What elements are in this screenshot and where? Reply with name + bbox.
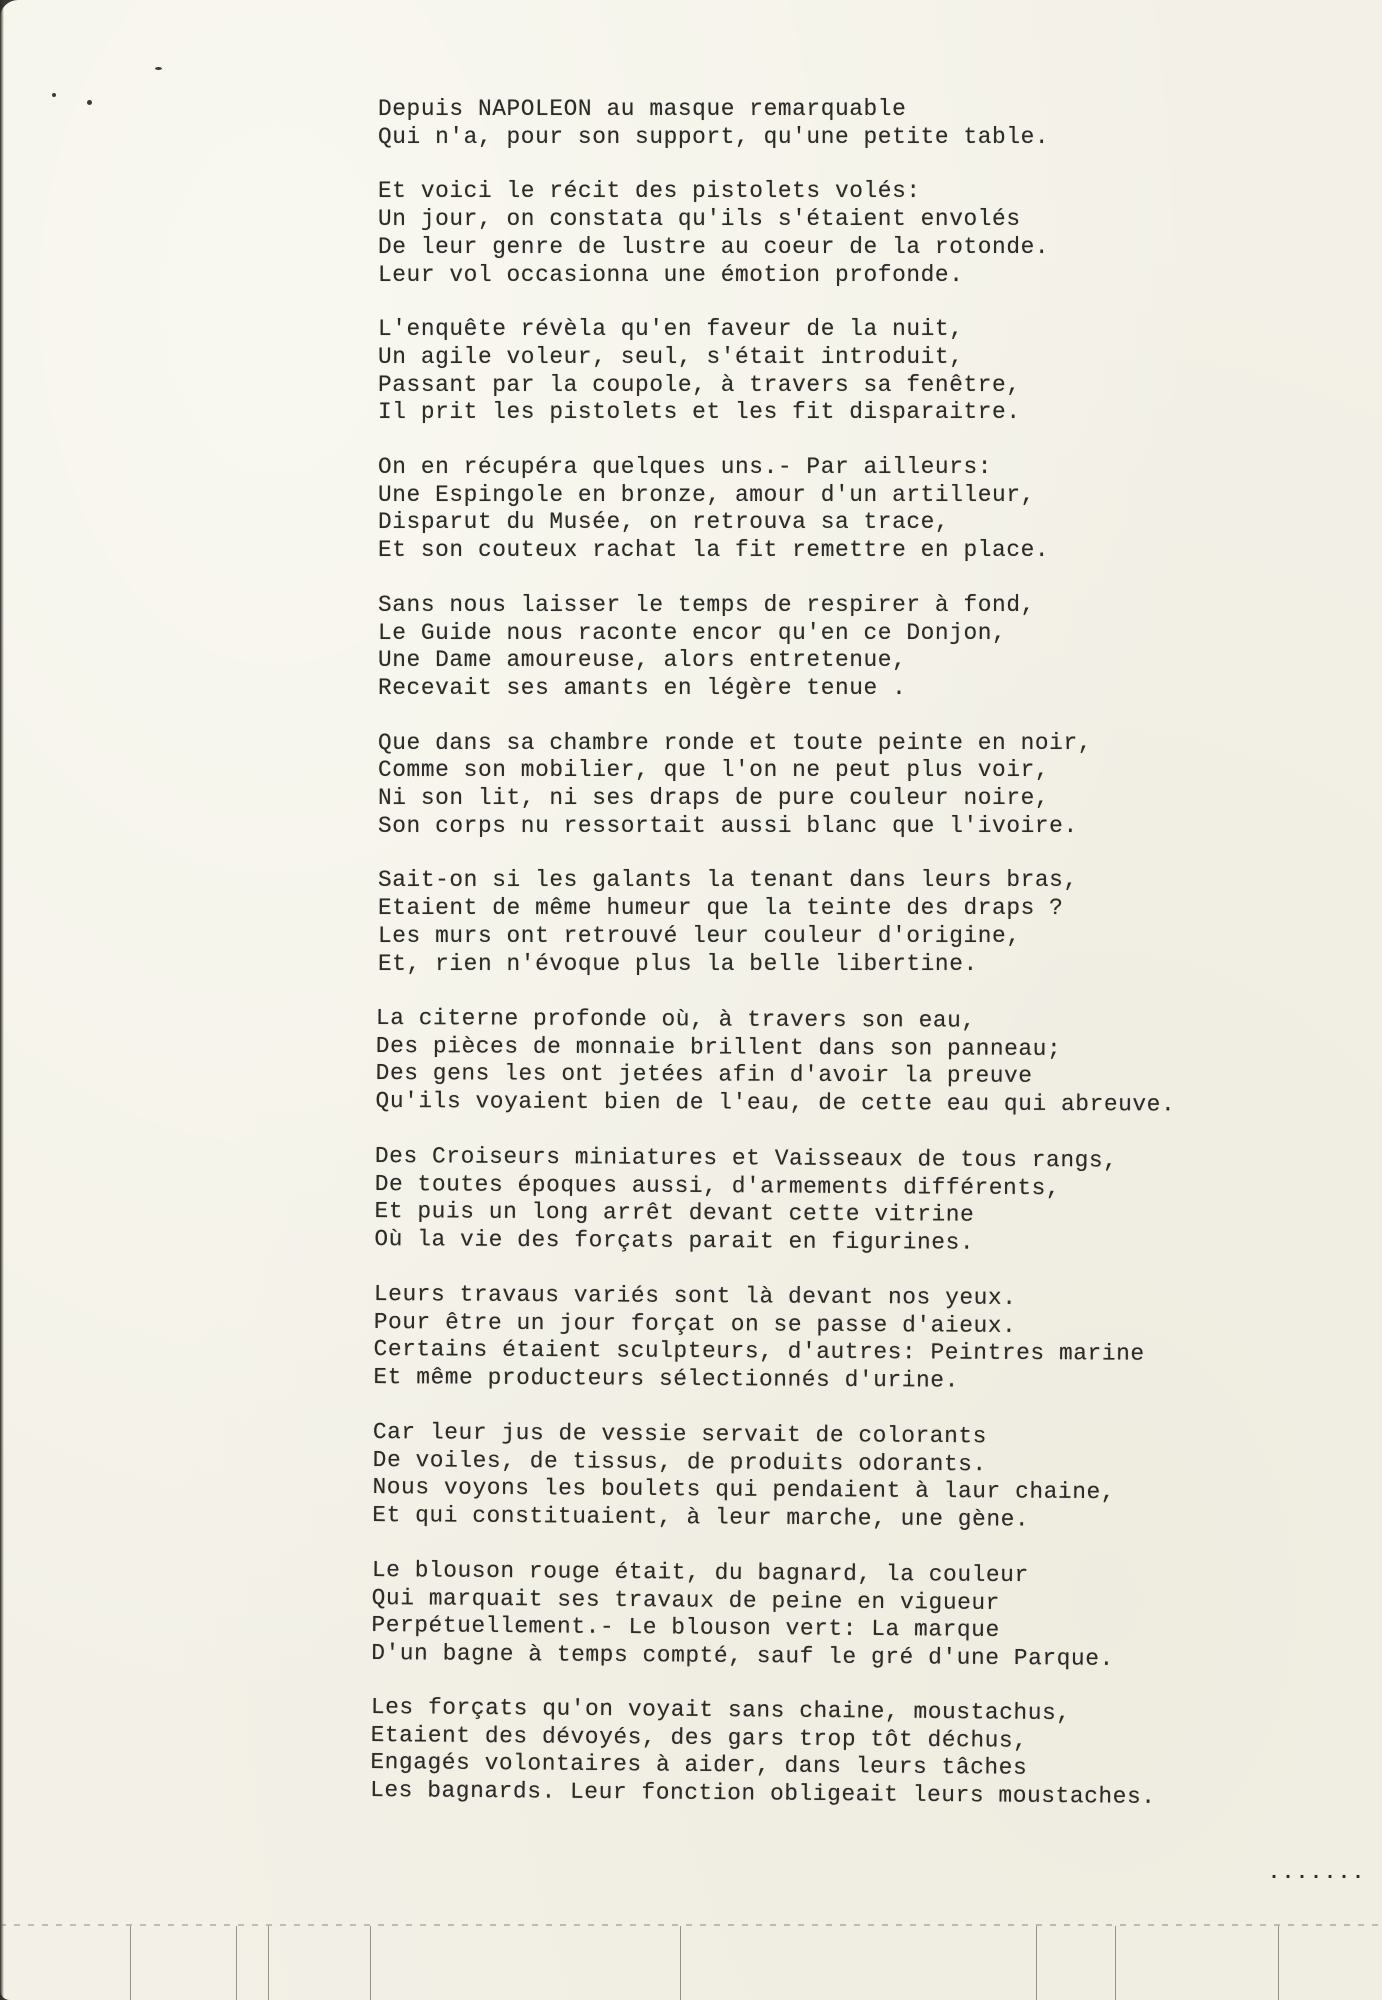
poem-line: Sait-on si les galants la tenant dans le… [378,867,1378,895]
poem-line: L'enquête révèla qu'en faveur de la nuit… [378,316,1378,344]
poem-line: Un jour, on constata qu'ils s'étaient en… [378,206,1378,234]
page-edge-shadow [0,0,4,2000]
poem-line: Qui n'a, pour son support, qu'une petite… [378,124,1378,152]
poem-line: Etaient de même humeur que la teinte des… [378,895,1378,923]
stanza: Sans nous laisser le temps de respirer à… [378,592,1378,703]
poem-line: Une Espingole en bronze, amour d'un arti… [378,482,1378,510]
poem-line: Son corps nu ressortait aussi blanc que … [378,813,1378,841]
poem-line: De leur genre de lustre au coeur de la r… [378,234,1378,262]
binder-mark [236,1926,237,2000]
poem-line: La citerne profonde où, à travers son ea… [376,1005,1376,1037]
binder-mark [1115,1926,1116,2000]
stanza: On en récupéra quelques uns.- Par ailleu… [378,454,1378,565]
poem-line: Un agile voleur, seul, s'était introduit… [378,344,1378,372]
stanza: Depuis NAPOLEON au masque remarquableQui… [378,96,1378,151]
poem-line: Le Guide nous raconte encor qu'en ce Don… [378,620,1378,648]
poem-line: Une Dame amoureuse, alors entretenue, [378,647,1378,675]
ink-speck [155,67,162,70]
binder-mark [130,1926,131,2000]
poem-line: Recevait ses amants en légère tenue . [378,675,1378,703]
poem-line: Où la vie des forçats parait en figurine… [374,1226,1374,1260]
stanza: Les forçats qu'on voyait sans chaine, mo… [370,1694,1371,1814]
binder-mark [1278,1926,1279,2000]
typewritten-page: Depuis NAPOLEON au masque remarquableQui… [0,0,1382,2000]
ink-speck [52,93,56,97]
stanza: Et voici le récit des pistolets volés:Un… [378,178,1378,289]
binder-mark [268,1926,269,2000]
poem-line: Disparut du Musée, on retrouva sa trace, [378,509,1378,537]
stanza: La citerne profonde où, à travers son ea… [376,1005,1376,1120]
stanza: Leurs travaus variés sont là devant nos … [373,1281,1374,1398]
stanza: Des Croiseurs miniatures et Vaisseaux de… [374,1143,1375,1260]
poem-line: Et, rien n'évoque plus la belle libertin… [378,951,1378,979]
poem-line: Qu'ils voyaient bien de l'eau, de cette … [376,1088,1376,1120]
poem-line: Depuis NAPOLEON au masque remarquable [378,96,1378,124]
poem-line: Sans nous laisser le temps de respirer à… [378,592,1378,620]
poem-line: Et même producteurs sélectionnés d'urine… [373,1364,1373,1398]
poem-line: Ni son lit, ni ses draps de pure couleur… [378,785,1378,813]
stanza: Que dans sa chambre ronde et toute peint… [378,730,1378,841]
binder-mark [1036,1926,1037,2000]
poem-line: Leur vol occasionna une émotion profonde… [378,262,1378,290]
poem-line: Comme son mobilier, que l'on ne peut plu… [378,757,1378,785]
stanza: Le blouson rouge était, du bagnard, la c… [371,1557,1372,1676]
stanza: L'enquête révèla qu'en faveur de la nuit… [378,316,1378,427]
poem-body: Depuis NAPOLEON au masque remarquableQui… [378,96,1378,1832]
stanza: Car leur jus de vessie servait de colora… [372,1419,1373,1537]
poem-line: Les murs ont retrouvé leur couleur d'ori… [378,923,1378,951]
poem-line: Il prit les pistolets et les fit dispara… [378,399,1378,427]
binder-perforation-strip [0,1924,1382,1926]
continuation-dots: ....... [1268,1862,1366,1885]
poem-line: Et son couteux rachat la fit remettre en… [378,537,1378,565]
poem-line: Et voici le récit des pistolets volés: [378,178,1378,206]
poem-line: Passant par la coupole, à travers sa fen… [378,372,1378,400]
poem-line: On en récupéra quelques uns.- Par ailleu… [378,454,1378,482]
binder-mark [370,1926,371,2000]
binder-mark [680,1926,681,2000]
stanza: Sait-on si les galants la tenant dans le… [378,867,1378,978]
poem-line: Que dans sa chambre ronde et toute peint… [378,730,1378,758]
ink-speck [87,100,92,105]
